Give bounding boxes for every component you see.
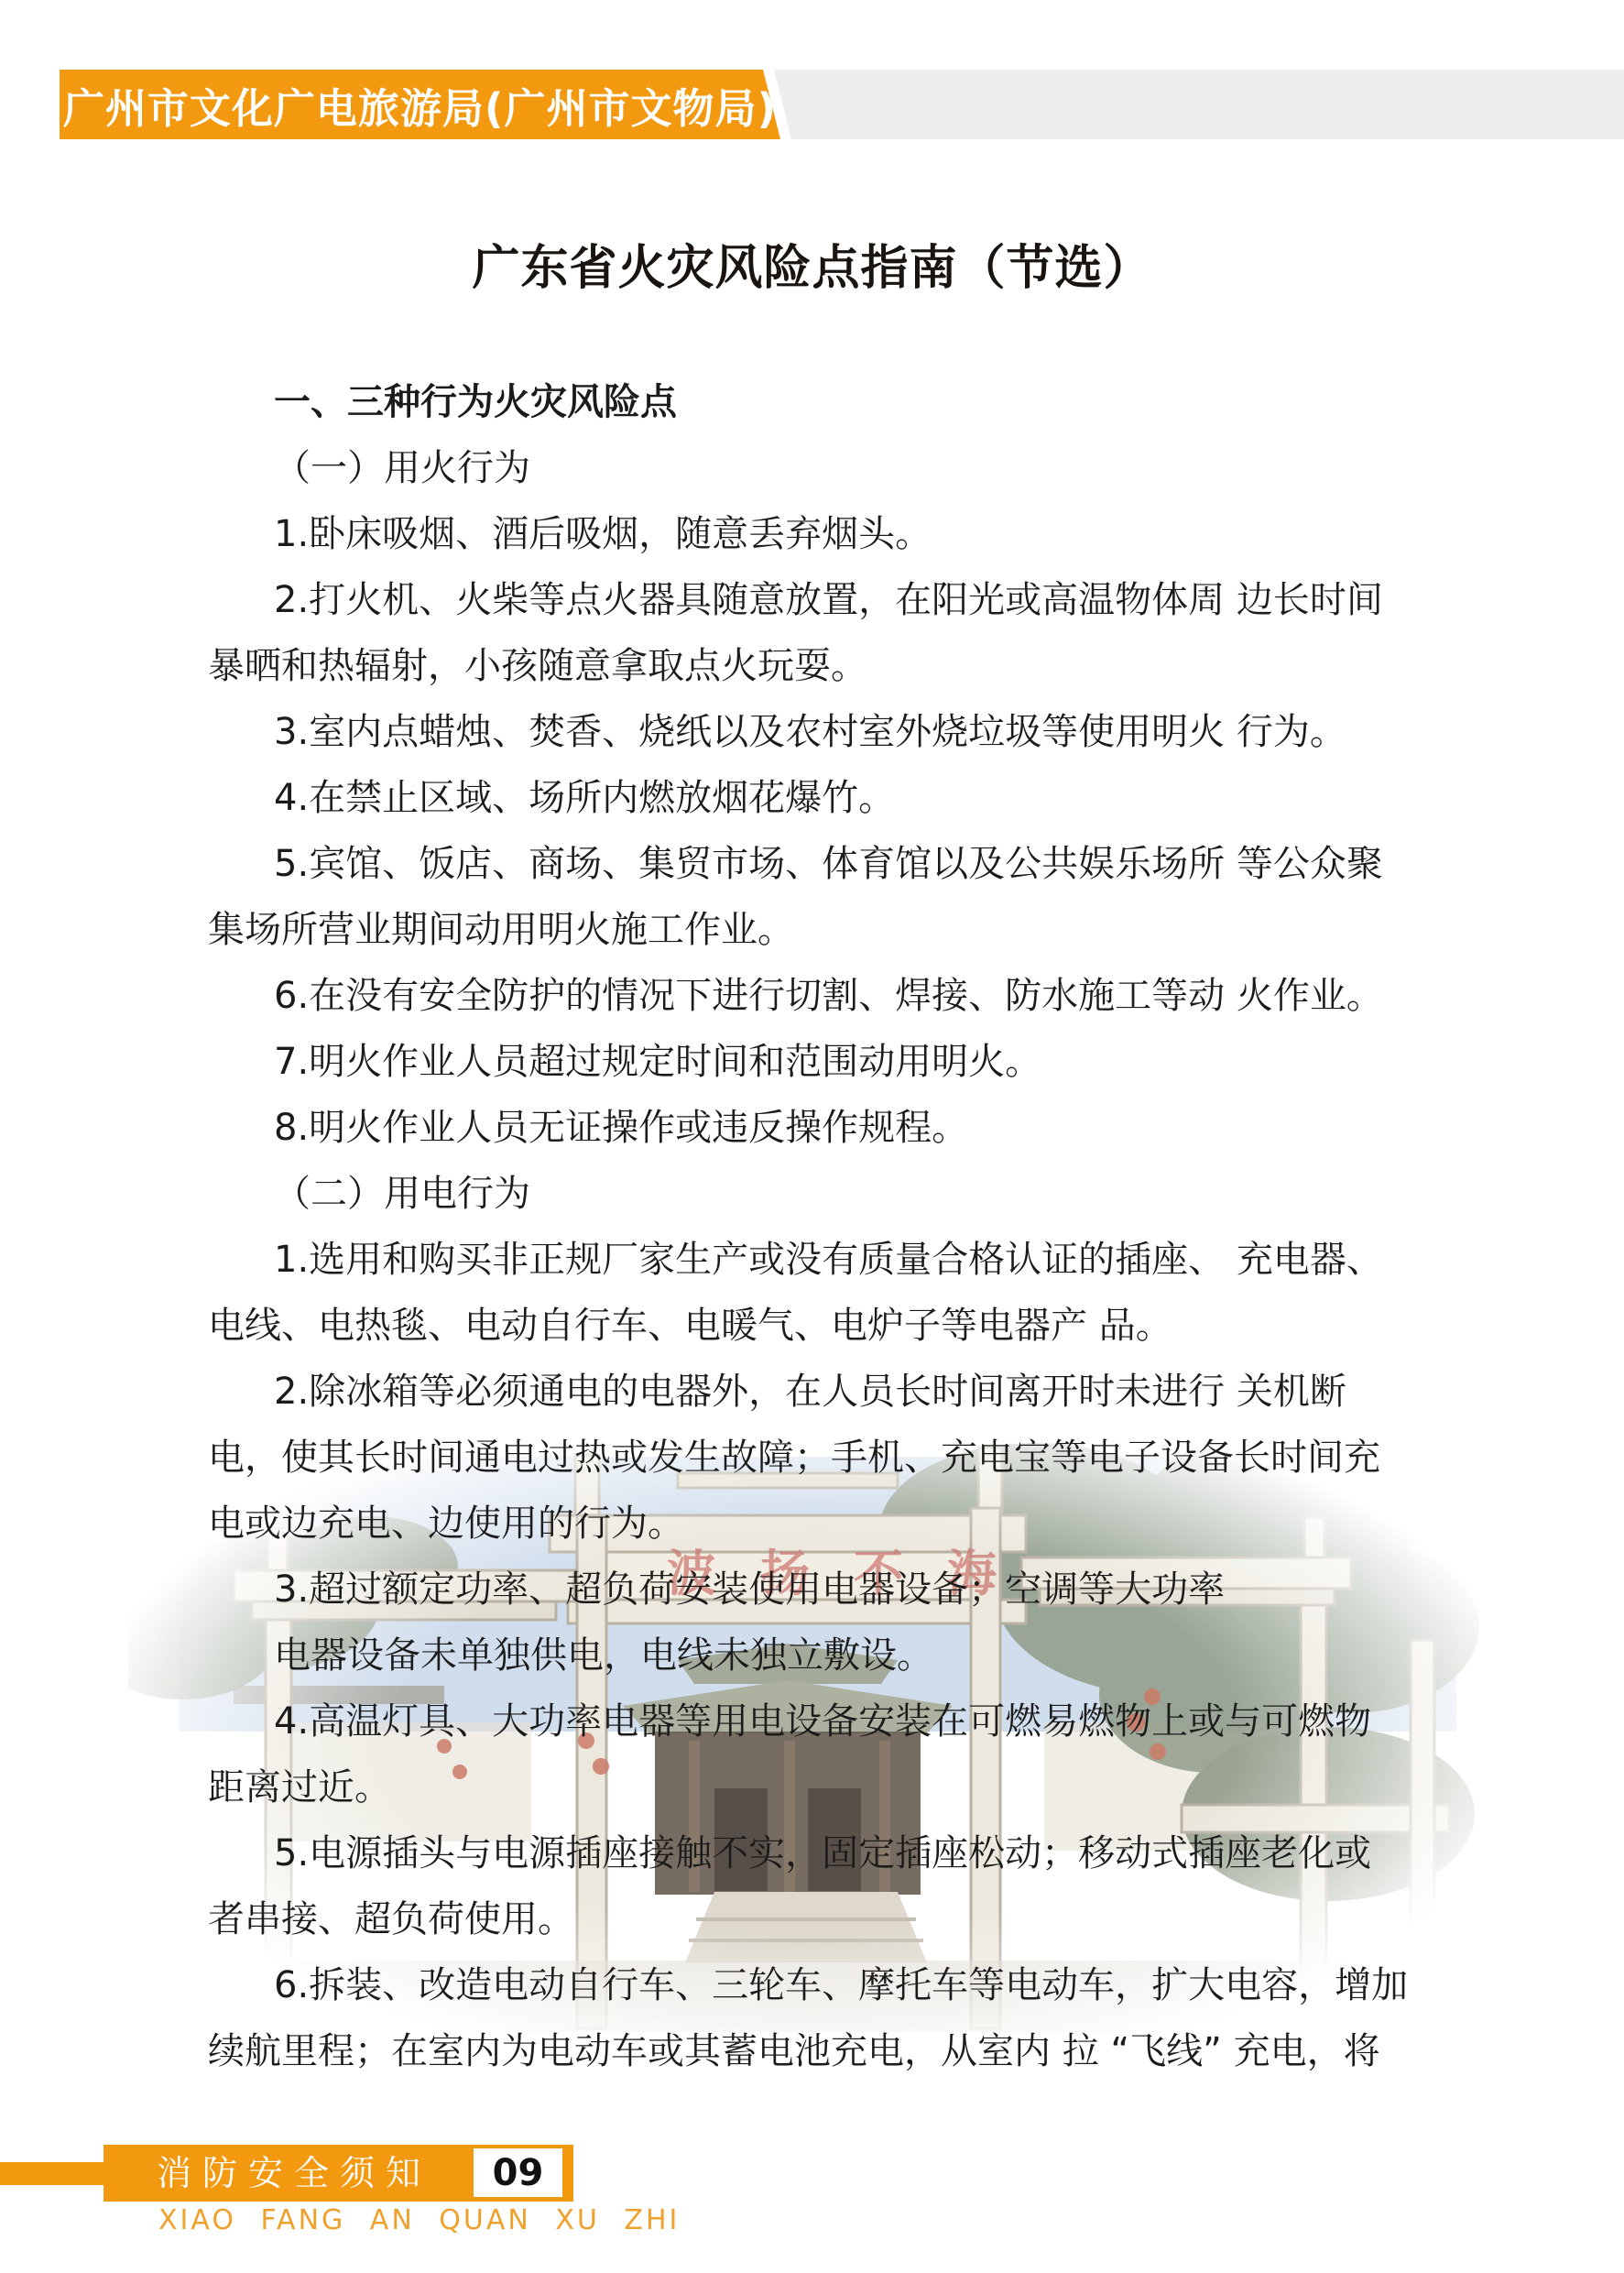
- body-line: 续航里程；在室内为电动车或其蓄电池充电，从室内 拉 “飞线” 充电，将: [208, 2018, 1490, 2084]
- header-gray-bar: [774, 70, 1624, 139]
- body-line: 2.除冰箱等必须通电的电器外，在人员长时间离开时未进行 关机断: [208, 1359, 1490, 1425]
- body-line: 者串接、超负荷使用。: [208, 1886, 1490, 1952]
- page-number-badge: 09: [474, 2148, 562, 2197]
- body-line: 电器设备未单独供电，电线未独立敷设。: [208, 1623, 1490, 1688]
- header-agency-name: 广州市文化广电旅游局(广州市文物局): [63, 75, 777, 135]
- body-line: 集场所营业期间动用明火施工作业。: [208, 897, 1490, 963]
- footer-left-bar: [0, 2162, 104, 2185]
- header-banner: 广州市文化广电旅游局(广州市文物局): [60, 70, 780, 139]
- body-line: 6.在没有安全防护的情况下进行切割、焊接、防水施工等动 火作业。: [208, 963, 1490, 1029]
- body-line: 5.电源插头与电源插座接触不实，固定插座松动；移动式插座老化或: [208, 1820, 1490, 1886]
- document-page: 广州市文化广电旅游局(广州市文物局) 广东省火灾风险点指南（节选）: [0, 0, 1624, 2273]
- body-line: 7.明火作业人员超过规定时间和范围动用明火。: [208, 1029, 1490, 1095]
- body-line: 4.高温灯具、大功率电器等用电设备安装在可燃易燃物上或与可燃物: [208, 1688, 1490, 1754]
- body-line: 1.卧床吸烟、酒后吸烟，随意丢弃烟头。: [208, 501, 1490, 567]
- body-line: 距离过近。: [208, 1754, 1490, 1820]
- page-title: 广东省火灾风险点指南（节选）: [0, 229, 1624, 298]
- body-line: 5.宾馆、饭店、商场、集贸市场、体育馆以及公共娱乐场所 等公众聚: [208, 831, 1490, 897]
- section-heading: 一、三种行为火灾风险点: [208, 369, 1490, 435]
- body-line: 8.明火作业人员无证操作或违反操作规程。: [208, 1095, 1490, 1161]
- body-line: 1.选用和购买非正规厂家生产或没有质量合格认证的插座、 充电器、: [208, 1227, 1490, 1293]
- body-line: 电，使其长时间通电过热或发生故障；手机、充电宝等电子设备长时间充: [208, 1425, 1490, 1491]
- body-line: 6.拆装、改造电动自行车、三轮车、摩托车等电动车，扩大电容，增加: [208, 1952, 1490, 2018]
- body-line: 3.超过额定功率、超负荷安装使用电器设备；空调等大功率: [208, 1557, 1490, 1623]
- body-text: 一、三种行为火灾风险点（一）用火行为1.卧床吸烟、酒后吸烟，随意丢弃烟头。2.打…: [208, 369, 1490, 2084]
- body-line: 暴晒和热辐射，小孩随意拿取点火玩耍。: [208, 633, 1490, 699]
- footer-romanized-label: XIAO FANG AN QUAN XU ZHI: [158, 2204, 680, 2236]
- body-line: 电线、电热毯、电动自行车、电暖气、电炉子等电器产 品。: [208, 1293, 1490, 1359]
- body-line: 4.在禁止区域、场所内燃放烟花爆竹。: [208, 765, 1490, 831]
- body-line: （二）用电行为: [208, 1161, 1490, 1227]
- body-line: 2.打火机、火柴等点火器具随意放置，在阳光或高温物体周 边长时间: [208, 567, 1490, 633]
- body-line: （一）用火行为: [208, 435, 1490, 501]
- footer-band: 消防安全须知 09: [104, 2145, 573, 2202]
- body-line: 3.室内点蜡烛、焚香、烧纸以及农村室外烧垃圾等使用明火 行为。: [208, 699, 1490, 765]
- body-line: 电或边充电、边使用的行为。: [208, 1491, 1490, 1557]
- footer-section-label: 消防安全须知: [157, 2145, 431, 2202]
